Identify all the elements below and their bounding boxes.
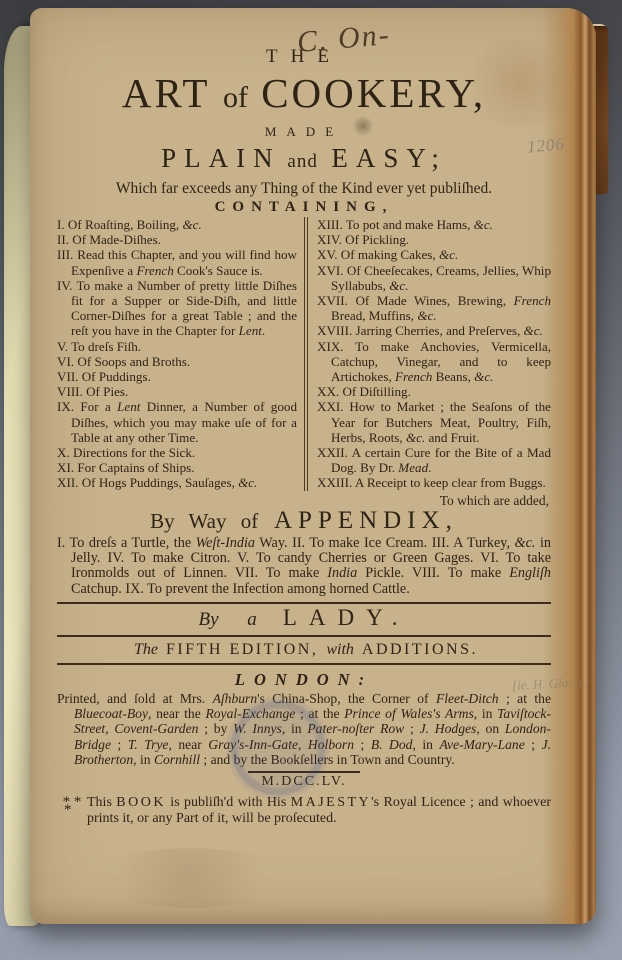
title-plain-easy: PLAIN and EASY; [57, 144, 551, 176]
edition-line: The FIFTH EDITION, with ADDITIONS. [57, 641, 551, 659]
toc-item: VIII. Of Pies. [57, 384, 297, 399]
book-page: C. On- 1206 [ie. H. Glasse] THE ART of C… [30, 8, 596, 924]
by-a-label: By a [199, 609, 257, 630]
divider-rule [57, 602, 551, 604]
divider-rule [57, 663, 551, 665]
toc-item: XX. Of Diſtilling. [317, 384, 551, 399]
toc-item: XXIII. A Receipt to keep clear from Bugg… [317, 475, 551, 490]
toc-item: XVI. Of Cheeſecakes, Creams, Jellies, Wh… [317, 263, 551, 293]
toc-item: XXII. A certain Cure for the Bite of a M… [317, 445, 551, 475]
toc-item: V. To dreſs Fiſh. [57, 339, 297, 354]
toc-item: IV. To make a Number of pretty little Di… [57, 278, 297, 339]
imprint-text: Printed, and ſold at Mrs. Aſhburn's Chin… [57, 691, 551, 766]
toc-item: XIV. Of Pickling. [317, 232, 551, 247]
title-word-and: and [287, 151, 317, 172]
appendix-word-label: APPENDIX, [274, 507, 458, 534]
contents-columns: I. Of Roaſting, Boiling, &c.II. Of Made-… [57, 217, 551, 491]
lady-label: LADY. [283, 605, 410, 630]
contents-left-column: I. Of Roaſting, Boiling, &c.II. Of Made-… [57, 217, 304, 491]
title-word-plain: PLAIN [161, 143, 281, 173]
pencil-number-annotation: 1206 [526, 134, 566, 157]
asterism-mark: * * * [57, 795, 87, 827]
byline: By aLADY. [57, 606, 551, 631]
divider-rule [57, 635, 551, 637]
asterism-top: * * [57, 798, 87, 806]
toc-item: XV. Of making Cakes, &c. [317, 247, 551, 262]
appendix-byway-label: By Way of [150, 509, 258, 533]
imprint-year: M.DCC.LV. [57, 774, 551, 789]
subtitle: Which far exceeds any Thing of the Kind … [57, 180, 551, 197]
toc-item: XVIII. Jarring Cherries, and Preſerves, … [317, 323, 551, 338]
toc-item: IX. For a Lent Dinner, a Number of good … [57, 399, 297, 445]
toc-item: XVII. Of Made Wines, Brewing, French Bre… [317, 293, 551, 323]
added-line: To which are added, [57, 494, 551, 508]
licence-note: * * * This BOOK is publiſh'd with His MA… [57, 795, 551, 827]
containing-heading: CONTAINING, [57, 199, 551, 215]
toc-item: XIII. To pot and make Hams, &c. [317, 217, 551, 232]
toc-item: XII. Of Hogs Puddings, Sauſages, &c. [57, 475, 297, 490]
title-made: MADE [57, 125, 551, 138]
contents-right-column: XIII. To pot and make Hams, &c.XIV. Of P… [304, 217, 551, 491]
toc-item: I. Of Roaſting, Boiling, &c. [57, 217, 297, 232]
title-word-art: ART [122, 70, 210, 116]
toc-item: X. Directions for the Sick. [57, 445, 297, 460]
page-content: C. On- 1206 [ie. H. Glasse] THE ART of C… [57, 8, 551, 924]
title-word-cookery: COOKERY, [261, 70, 486, 116]
appendix-heading: By Way of APPENDIX, [57, 508, 551, 534]
title-word-easy: EASY; [331, 143, 447, 173]
toc-item: XIX. To make Anchovies, Vermicella, Catc… [317, 339, 551, 385]
toc-item: II. Of Made-Diſhes. [57, 232, 297, 247]
toc-item: VI. Of Soops and Broths. [57, 354, 297, 369]
imprint-rule [248, 771, 360, 773]
london-line: LONDON: [57, 671, 551, 688]
toc-item: III. Read this Chapter, and you will fin… [57, 247, 297, 277]
licence-text: This BOOK is publiſh'd with His MAJESTY'… [87, 795, 551, 827]
page-title: ART of COOKERY, [57, 72, 551, 119]
appendix-items: I. To dreſs a Turtle, the Weſt-India Way… [57, 536, 551, 598]
photo-backdrop: C. On- 1206 [ie. H. Glasse] THE ART of C… [0, 0, 622, 960]
toc-item: XXI. How to Market ; the Seaſons of the … [317, 399, 551, 445]
toc-item: VII. Of Puddings. [57, 369, 297, 384]
title-word-of: of [223, 81, 248, 114]
toc-item: XI. For Captains of Ships. [57, 460, 297, 475]
